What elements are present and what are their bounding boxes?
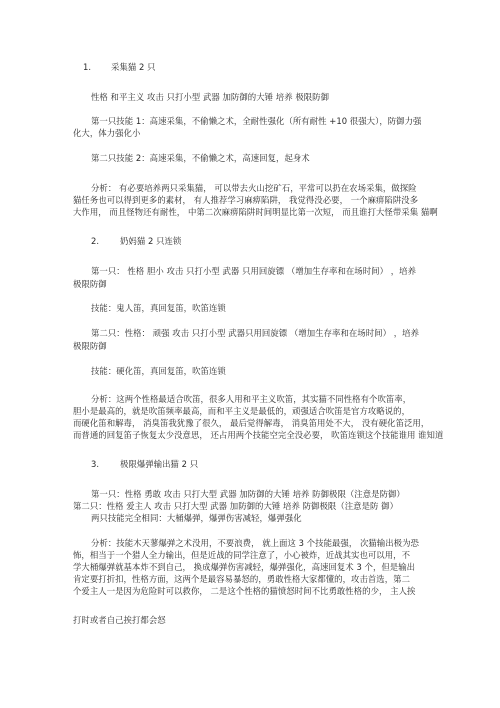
- document-page: 1. 采集猫 2 只 性格 和平主义 攻击 只打小型 武器 加防御的大锤 培养 …: [0, 0, 500, 708]
- section-1-line: 分析： 有必要培养两只采集猫， 可以带去火山挖矿石，平常可以扔在农场采集，做探险: [91, 183, 417, 194]
- section-1-line: 性格 和平主义 攻击 只打小型 武器 加防御的大锤 培养 极限防御: [91, 92, 329, 103]
- section-2-line: 第一只： 性格 胆小 攻击 只打小型 武器 只用回旋镖 （增加生存率和在场时间）…: [91, 266, 416, 277]
- section-2-line: 极限防御: [73, 279, 107, 290]
- section-1-line: 第二只技能 2：高速采集，不偷懒之术，高速回复，起身术: [91, 153, 310, 164]
- section-3-line: 打时或者自己挨打都会怒: [73, 615, 166, 626]
- section-2-line: 分析：这两个性格最适合吹笛，很多人用和平主义吹笛，其实猫不同性格有个吹笛率，: [91, 394, 411, 405]
- section-2-line: 技能：硬化笛，真回复笛，吹笛连锁: [91, 366, 226, 377]
- section-1-line: 大作用， 而且怪物还有耐性， 中第二次麻痹陷阱时间明显比第一次短， 而且谁打大怪…: [73, 207, 438, 218]
- section-3-line: 第二只：性格 爱主人 攻击 只打大型 武器 加防御的大锤 培养 防御极限（注意是…: [73, 501, 398, 512]
- section-3-title: 极限爆弹输出猫 2 只: [120, 459, 198, 470]
- section-2-line: 胆小是最高的，就是吹笛频率最高，而和平主义是最低的，顽强适合吹笛是官方攻略说的，: [73, 406, 410, 417]
- section-2-line: 技能：鬼人笛，真回复笛，吹笛连锁: [91, 303, 226, 314]
- section-3-line: 肯定要打折扣，性格方面，这两个是最容易暴怒的，勇敢性格大家都懂的，攻击首选，第二: [73, 574, 410, 585]
- section-2-number: 2.: [91, 236, 99, 247]
- section-3-line: 两只技能完全相同：大桶爆弹，爆弹伤害减轻，爆弹强化: [91, 513, 302, 524]
- section-2-line: 而硬化笛和解毒， 消臭笛我犹豫了很久， 最后觉得解毒， 消臭笛用处不大， 没有硬…: [73, 418, 429, 429]
- section-1-line: 化大，体力强化小: [73, 128, 140, 139]
- section-2-title: 奶妈猫 2 只连锁: [120, 236, 181, 247]
- section-2-line: 极限防御: [73, 341, 107, 352]
- section-3-line: 个爱主人一是因为危险时可以救你， 二是这个性格的猫愤怒时间不比勇敢性格的少， 主…: [73, 586, 415, 597]
- section-1-title: 采集猫 2 只: [111, 62, 156, 73]
- section-1-number: 1.: [83, 62, 91, 73]
- section-1-line: 猫任务也可以得到更多的素材， 有人推荐学习麻痹陷阱， 我觉得没必要， 一个麻痹陷…: [73, 195, 418, 206]
- section-3-line: 怖，相当于一个猎人全力输出，但是近战的同学注意了，小心被炸，近战其实也可以用，不: [73, 550, 410, 561]
- section-3-line: 分析：技能木天蓼爆弹之术没用，不要浪费， 就上面这 3 个技能最强， 次猫输出极…: [91, 538, 419, 549]
- section-2-line: 而普通的回复笛子恢复太少没意思， 还占用两个技能空完全没必要， 吹笛连锁这个技能…: [73, 430, 443, 441]
- section-1-line: 第一只技能 1：高速采集，不偷懒之术，全耐性强化（所有耐性 +10 很强大），防…: [91, 116, 421, 127]
- section-3-line: 学大桶爆弹就基本炸不到自己， 换成爆弹伤害减轻，爆弹强化，高速回复术 3 个，但…: [73, 562, 415, 573]
- section-3-number: 3.: [91, 459, 99, 470]
- section-3-line: 第一只：性格 勇敢 攻击 只打大型 武器 加防御的大锤 培养 防御极限（注意是防…: [91, 489, 405, 500]
- section-2-line: 第二只：性格： 顽强 攻击 只打小型 武器只用回旋镖 （增加生存率和在场时间） …: [91, 328, 419, 339]
